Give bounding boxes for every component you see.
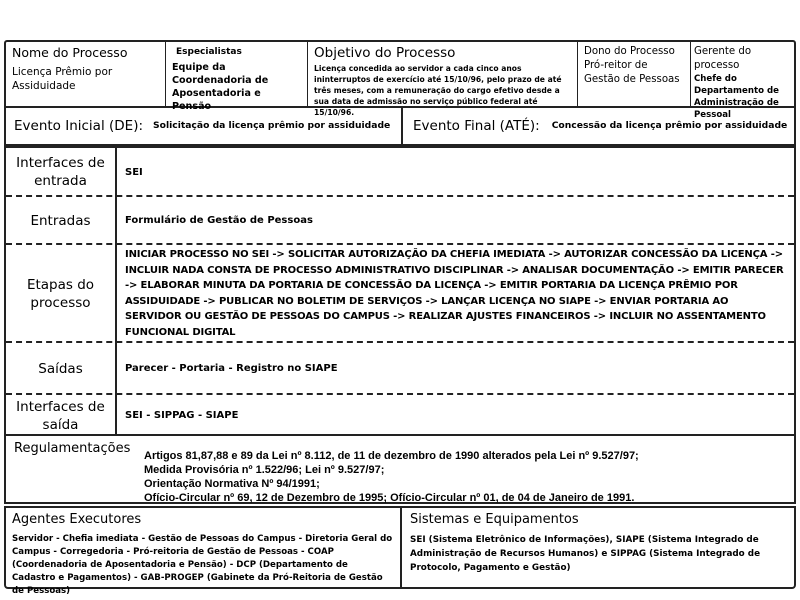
process-name-value: Licença Prêmio por Assiduidade (12, 65, 159, 93)
events-row: Evento Inicial (DE): Solicitação da lice… (4, 107, 796, 146)
process-name-cell: Nome do Processo Licença Prêmio por Assi… (6, 42, 166, 106)
output-interfaces-value: SEI - SIPPAG - SIAPE (125, 395, 786, 436)
regulation-item: Ofício-Circular nº 69, 12 de Dezembro de… (144, 491, 639, 505)
regulation-item: Orientação Normativa Nº 94/1991; (144, 477, 639, 491)
row-input-interfaces: Interfaces de entrada SEI (6, 148, 794, 196)
initial-event-cell: Evento Inicial (DE): Solicitação da lice… (6, 107, 403, 144)
process-steps-value: INICIAR PROCESSO NO SEI -> SOLICITAR AUT… (125, 245, 786, 342)
agents-cell: Agentes Executores Servidor - Chefia ime… (6, 508, 402, 587)
specialists-value: Equipe da Coordenadoria de Aposentadoria… (172, 61, 301, 113)
regulation-item: Artigos 81,87,88 e 89 da Lei nº 8.112, d… (144, 449, 639, 463)
row-process-steps: Etapas do processo INICIAR PROCESSO NO S… (6, 245, 794, 342)
objective-label: Objetivo do Processo (314, 45, 571, 61)
input-interfaces-label: Interfaces de entrada (6, 148, 115, 196)
agents-systems-section: Agentes Executores Servidor - Chefia ime… (4, 506, 796, 589)
final-event-label: Evento Final (ATÉ): (413, 118, 540, 134)
regulation-item: Medida Provisória nº 1.522/96; Lei nº 9.… (144, 463, 639, 477)
final-event-value: Concessão da licença prêmio por assiduid… (552, 120, 788, 131)
inputs-label: Entradas (6, 197, 115, 244)
input-interfaces-value: SEI (125, 148, 786, 196)
regulations-section: Regulamentações Artigos 81,87,88 e 89 da… (4, 436, 796, 504)
row-inputs: Entradas Formulário de Gestão de Pessoas (6, 197, 794, 244)
initial-event-label: Evento Inicial (DE): (14, 118, 143, 134)
inputs-value: Formulário de Gestão de Pessoas (125, 197, 786, 244)
systems-label: Sistemas e Equipamentos (410, 512, 788, 527)
row-outputs: Saídas Parecer - Portaria - Registro no … (6, 343, 794, 394)
manager-label: Gerente do processo (694, 45, 788, 73)
owner-label: Dono do Processo (584, 45, 684, 59)
agents-label: Agentes Executores (12, 512, 394, 527)
process-steps-label: Etapas do processo (6, 245, 115, 342)
specialists-cell: Especialistas Equipe da Coordenadoria de… (166, 42, 308, 106)
specialists-label: Especialistas (176, 47, 301, 57)
outputs-value: Parecer - Portaria - Registro no SIAPE (125, 343, 786, 394)
output-interfaces-label: Interfaces de saída (6, 395, 115, 436)
process-details-grid: Interfaces de entrada SEI Entradas Formu… (4, 146, 796, 436)
owner-cell: Dono do Processo Pró-reitor de Gestão de… (578, 42, 691, 106)
systems-value: SEI (Sistema Eletrônico de Informações),… (410, 533, 788, 575)
initial-event-value: Solicitação da licença prêmio por assidu… (153, 120, 390, 131)
outputs-label: Saídas (6, 343, 115, 394)
row-output-interfaces: Interfaces de saída SEI - SIPPAG - SIAPE (6, 395, 794, 436)
regulations-list: Artigos 81,87,88 e 89 da Lei nº 8.112, d… (144, 449, 639, 505)
owner-value: Pró-reitor de Gestão de Pessoas (584, 59, 684, 87)
agents-value: Servidor - Chefia imediata - Gestão de P… (12, 533, 394, 598)
regulations-label: Regulamentações (14, 441, 130, 456)
process-name-label: Nome do Processo (12, 45, 159, 60)
systems-cell: Sistemas e Equipamentos SEI (Sistema Ele… (402, 508, 794, 587)
objective-cell: Objetivo do Processo Licença concedida a… (308, 42, 578, 106)
process-header: Nome do Processo Licença Prêmio por Assi… (4, 40, 796, 108)
final-event-cell: Evento Final (ATÉ): Concessão da licença… (403, 107, 794, 144)
manager-cell: Gerente do processo Chefe do Departament… (691, 42, 794, 106)
